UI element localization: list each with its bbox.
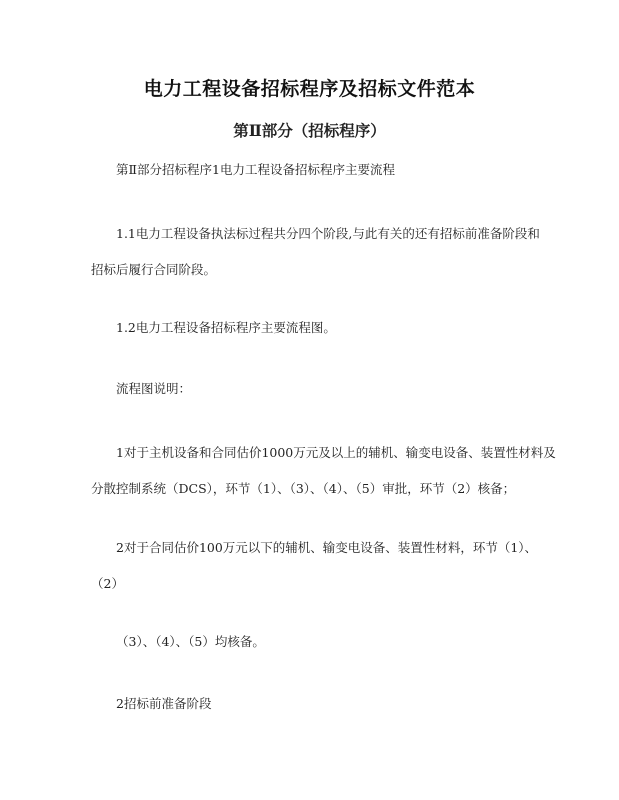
- section-1-1-paragraph: 1.1电力工程设备执法标过程共分四个阶段,与此有关的还有招标前准备阶段和 招标后…: [91, 216, 541, 288]
- document-subtitle: 第Ⅱ部分（招标程序）: [0, 119, 619, 141]
- section-1-2-paragraph: 1.2电力工程设备招标程序主要流程图。: [91, 310, 541, 346]
- section-2-heading: 2招标前准备阶段: [91, 686, 541, 722]
- section-2-line: 2招标前准备阶段: [91, 686, 541, 722]
- section-1-2-line: 1.2电力工程设备招标程序主要流程图。: [91, 310, 541, 346]
- note-2-continuation-paragraph: （3）、（4）、（5）均核备。: [91, 624, 541, 660]
- document-title: 电力工程设备招标程序及招标文件范本: [0, 74, 619, 101]
- note-1-line-1: 1对于主机设备和合同估价1000万元及以上的辅机、输变电设备、装置性材料及: [91, 435, 541, 471]
- section-1-1-line-2: 招标后履行合同阶段。: [91, 252, 541, 288]
- note-1-line-2: 分散控制系统（DCS），环节（1）、（3）、（4）、（5）审批，环节（2）核备；: [91, 471, 541, 507]
- note-2-continuation-line: （3）、（4）、（5）均核备。: [91, 624, 541, 660]
- note-2-line-1: 2对于合同估价100万元以下的辅机、输变电设备、装置性材料，环节（1）、: [91, 530, 541, 566]
- intro-paragraph: 第Ⅱ部分招标程序1电力工程设备招标程序主要流程: [91, 152, 541, 188]
- note-2-line-2: （2）: [91, 566, 541, 602]
- note-1-paragraph: 1对于主机设备和合同估价1000万元及以上的辅机、输变电设备、装置性材料及 分散…: [91, 435, 541, 507]
- section-1-1-line-1: 1.1电力工程设备执法标过程共分四个阶段,与此有关的还有招标前准备阶段和: [91, 216, 541, 252]
- flowchart-note-paragraph: 流程图说明：: [91, 371, 541, 407]
- flowchart-note-line: 流程图说明：: [91, 371, 541, 407]
- intro-line: 第Ⅱ部分招标程序1电力工程设备招标程序主要流程: [91, 152, 541, 188]
- document-page: 电力工程设备招标程序及招标文件范本 第Ⅱ部分（招标程序） 第Ⅱ部分招标程序1电力…: [0, 0, 619, 800]
- note-2-paragraph: 2对于合同估价100万元以下的辅机、输变电设备、装置性材料，环节（1）、 （2）: [91, 530, 541, 602]
